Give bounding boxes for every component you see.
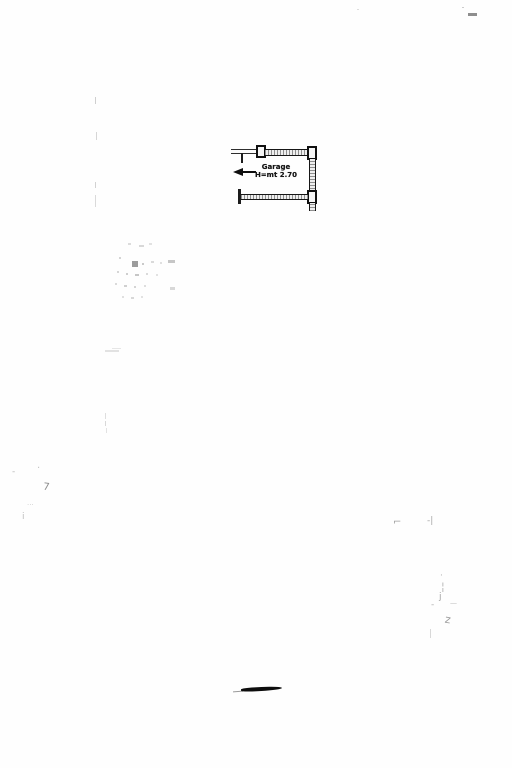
scan-speck [128,243,131,245]
scan-speck [142,263,144,265]
scan-artifacts: -·7...i⌐-|·¦j-—z| [0,0,512,768]
scan-mark: | [429,630,432,639]
scan-speck [105,413,106,419]
scan-mark: i [22,513,25,522]
scan-speck [462,7,464,8]
scan-speck [115,283,117,285]
scan-mark: -| [427,517,433,526]
scan-mark: ⌐ [393,518,401,528]
scan-speck [105,350,119,352]
scan-speck [124,285,127,287]
scan-speck [357,9,359,10]
scan-speck [95,182,96,188]
scan-speck [141,296,143,298]
scan-speck [122,296,124,298]
scan-speck [132,261,138,267]
scan-speck [105,421,106,426]
scan-mark: - [431,601,434,610]
scan-speck [135,274,139,276]
scan-speck [112,348,121,349]
scan-mark: ... [27,500,34,507]
scan-speck [131,297,134,299]
scan-speck [95,195,96,207]
scan-speck [151,261,154,263]
scan-speck [146,273,148,275]
scan-mark: ¦ [441,581,445,592]
scan-speck [149,243,152,245]
scan-speck [168,260,175,263]
scan-speck [170,287,175,290]
scan-speck [126,273,128,275]
scan-speck [144,285,146,287]
scan-speck [95,97,96,104]
scan-speck [468,13,477,16]
scan-speck [119,257,121,259]
scan-speck [139,245,144,247]
scan-speck [134,286,136,288]
scan-speck [156,274,158,276]
scan-speck [160,262,162,264]
scan-mark: · [37,464,40,474]
scan-mark: - [12,468,15,477]
scan-mark: 7 [42,483,50,494]
scan-mark: j [439,593,442,602]
scan-mark: — [450,600,457,607]
scan-speck [106,428,107,433]
scan-mark: z [444,614,452,626]
scan-speck [96,132,97,140]
scan-speck [117,271,119,273]
scanned-floorplan-sheet: Garage H=mt 2.70 -·7...i⌐-|·¦j-—z| [0,0,512,768]
